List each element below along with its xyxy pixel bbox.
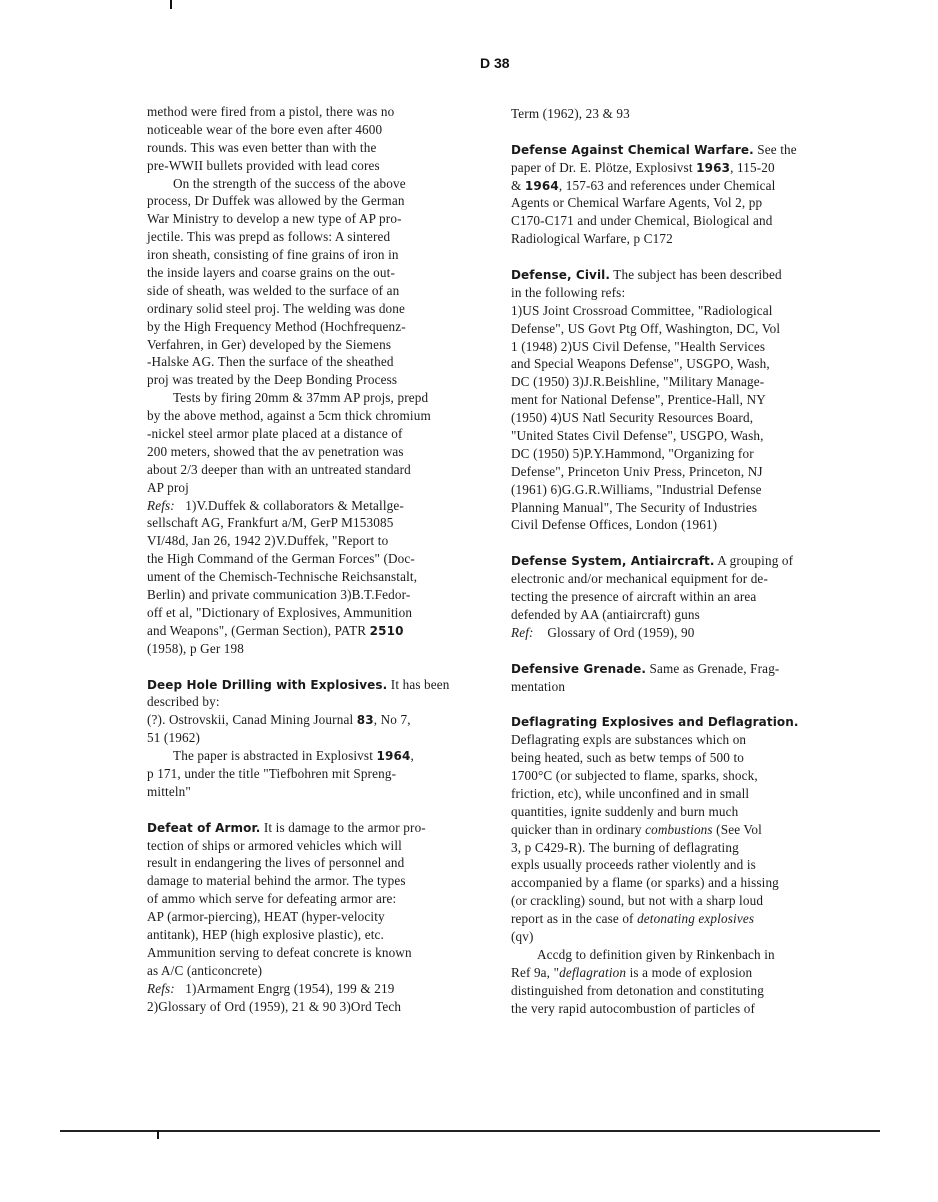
entry-deflagrating-explosives: Deflagrating Explosives and Deflagration… [511, 713, 851, 1017]
scan-mark-top [170, 0, 172, 9]
entry-title: Defense Against Chemical Warfare. [511, 143, 754, 157]
entry-defense-chemical-warfare: Defense Against Chemical Warfare. See th… [511, 141, 851, 248]
refs-label: Refs: [147, 981, 175, 996]
paragraph-duffek-process: On the strength of the success of the ab… [147, 175, 492, 390]
ref-label: Ref: [511, 625, 534, 640]
entry-defensive-grenade: Defensive Grenade. Same as Grenade, Frag… [511, 660, 851, 696]
entry-defense-system-antiaircraft: Defense System, Antiaircraft. A grouping… [511, 552, 851, 641]
left-column: method were fired from a pistol, there w… [147, 103, 492, 1015]
entry-title: Defeat of Armor. [147, 821, 260, 835]
references-duffek: Refs: 1)V.Duffek & collaborators & Metal… [147, 497, 492, 658]
entry-title: Defensive Grenade. [511, 662, 646, 676]
paragraph-continued: method were fired from a pistol, there w… [147, 103, 492, 175]
entry-defeat-of-armor: Defeat of Armor. It is damage to the arm… [147, 819, 492, 1016]
entry-defense-civil: Defense, Civil. The subject has been des… [511, 266, 851, 534]
entry-title: Deep Hole Drilling with Explosives. [147, 678, 387, 692]
bottom-rule-divider [60, 1130, 880, 1132]
entry-title: Defense System, Antiaircraft. [511, 554, 715, 568]
entry-deep-hole-drilling: Deep Hole Drilling with Explosives. It h… [147, 676, 492, 801]
entry-title: Deflagrating Explosives and Deflagration… [511, 715, 799, 729]
continued-reference: Term (1962), 23 & 93 [511, 105, 851, 123]
paragraph-tests: Tests by firing 20mm & 37mm AP projs, pr… [147, 389, 492, 496]
entry-title: Defense, Civil. [511, 268, 610, 282]
page-number: D 38 [480, 55, 510, 71]
right-column: Term (1962), 23 & 93 Defense Against Che… [511, 105, 851, 1017]
refs-label: Refs: [147, 498, 175, 513]
scan-mark-bottom [157, 1130, 159, 1139]
